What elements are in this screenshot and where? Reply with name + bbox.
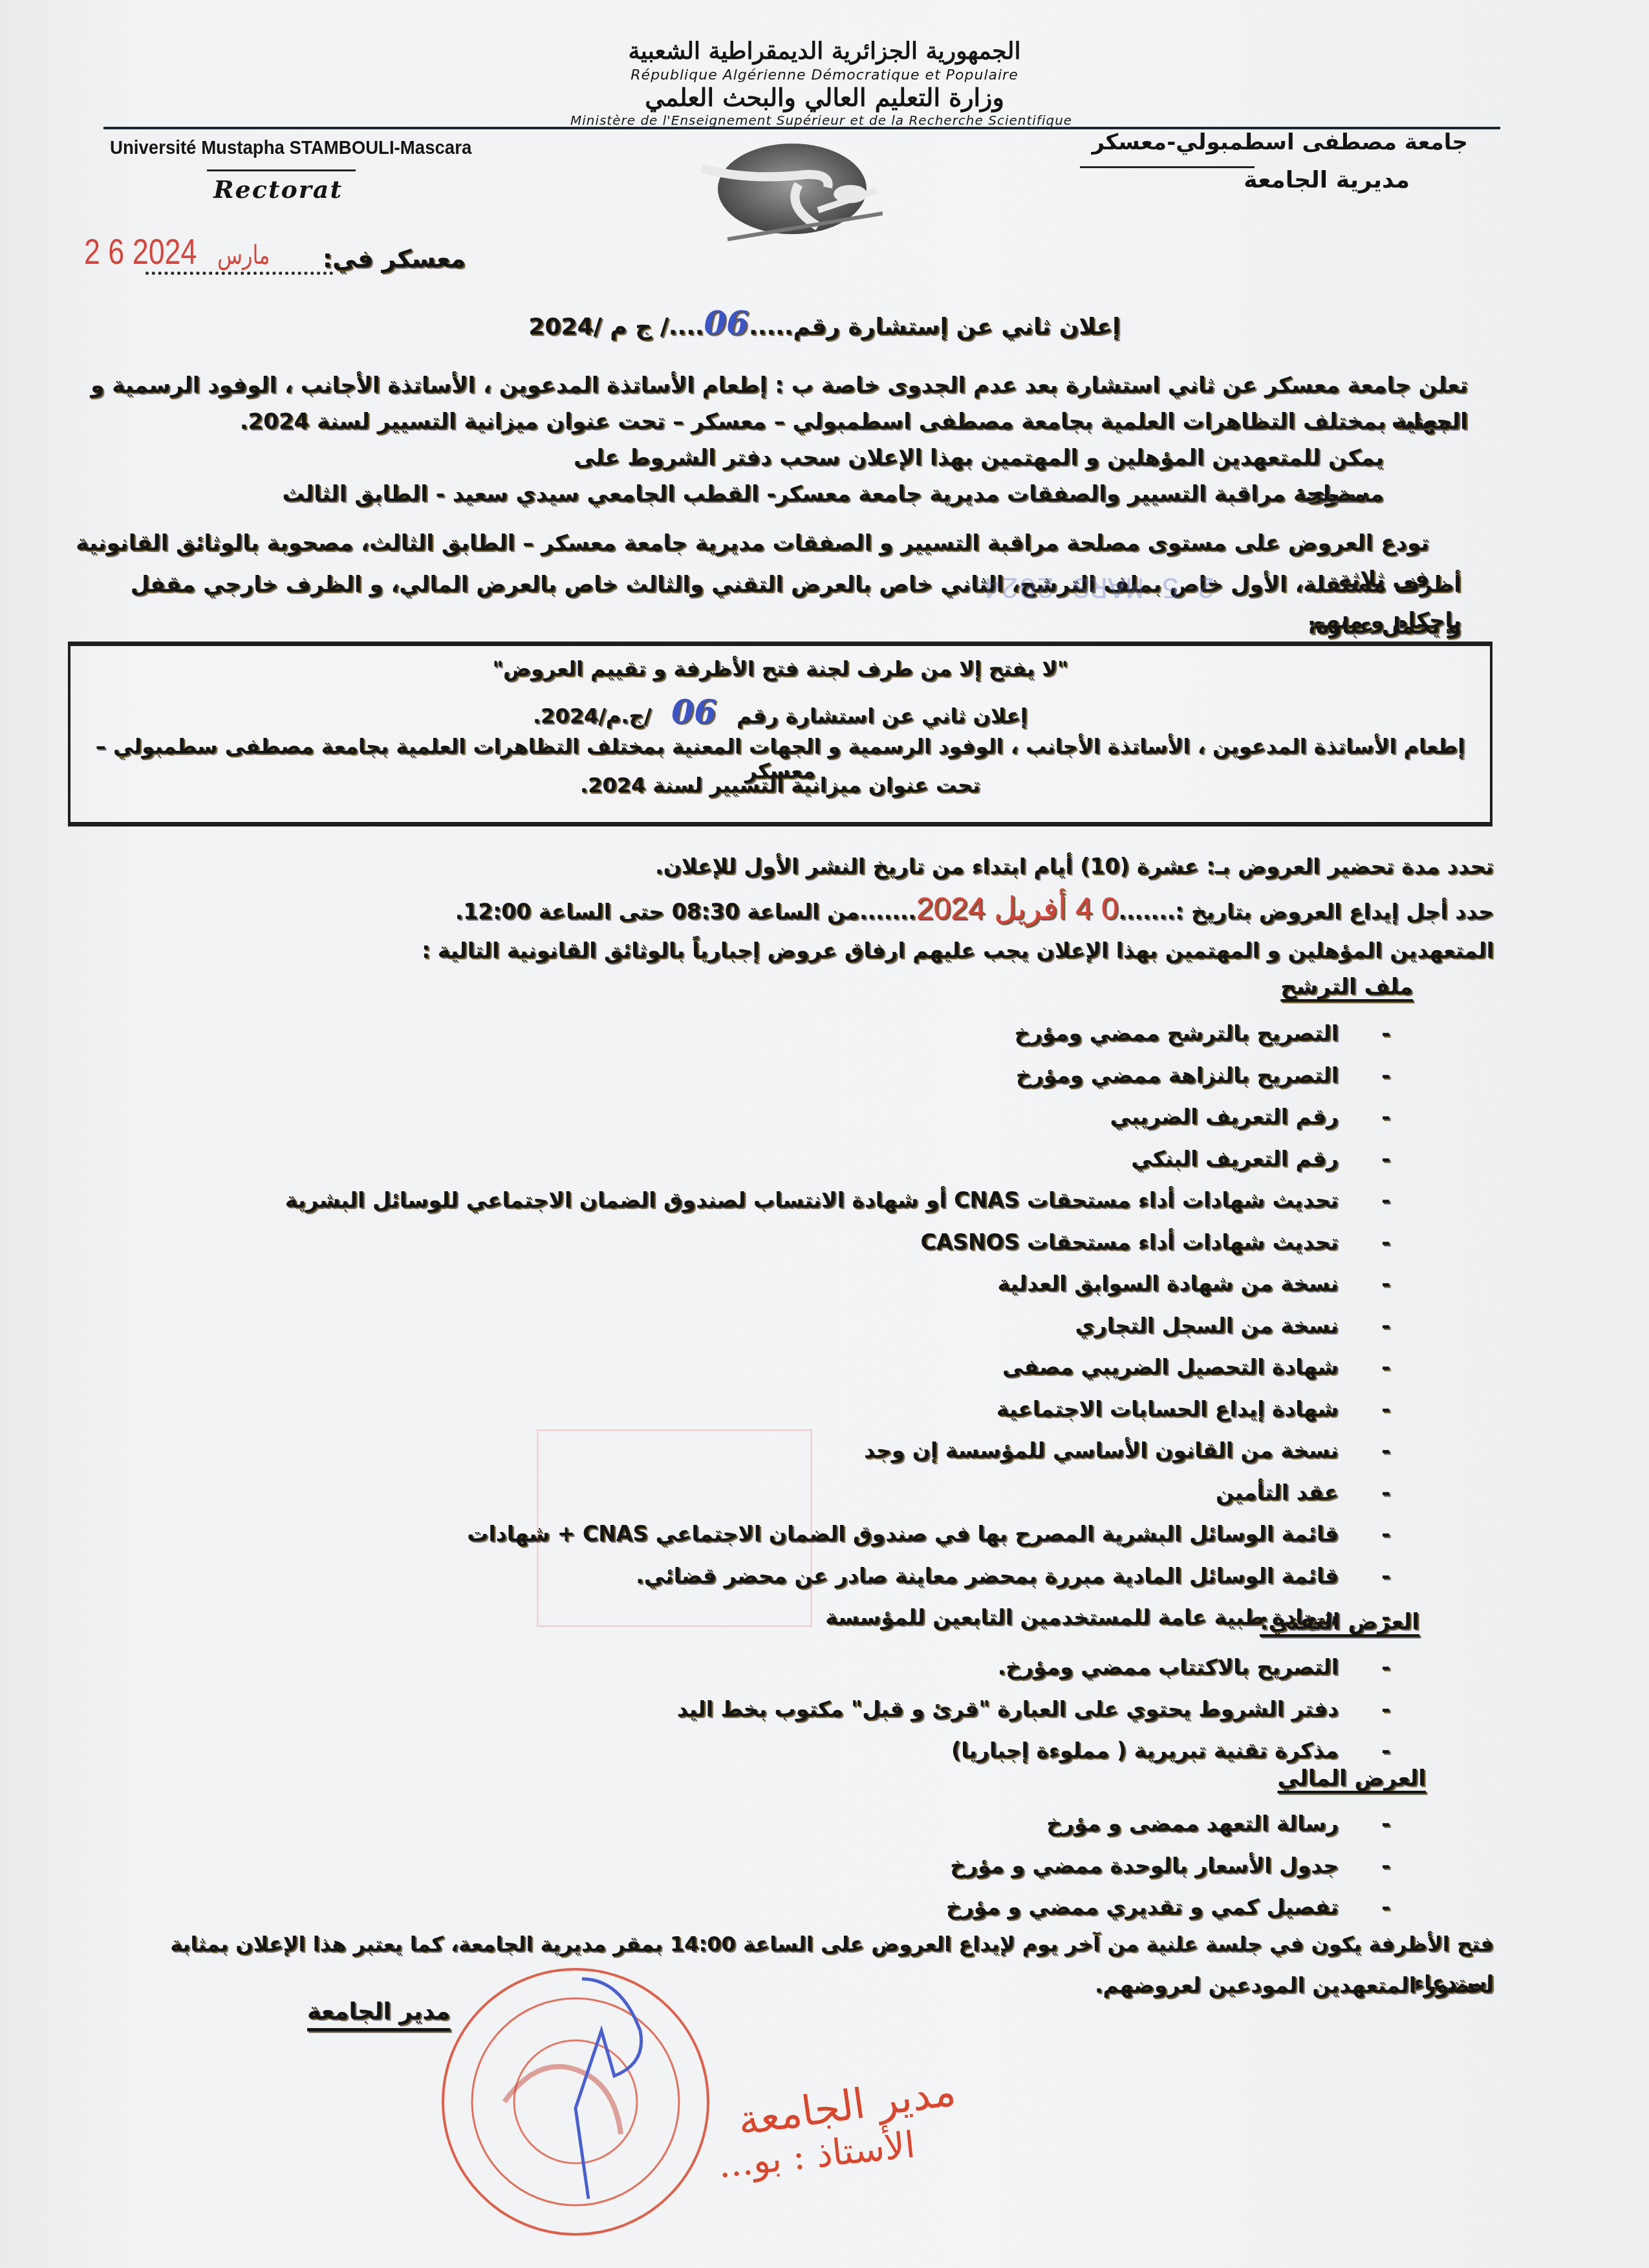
deposit-deadline-prefix: حدد أجل إيداع العروض بتاريخ :.......	[1118, 899, 1494, 924]
list-item: رقم التعريف الضريبي	[285, 1097, 1390, 1139]
envelope-box-suffix: /ج.م/2024.	[533, 704, 651, 728]
list-item: جدول الأسعار بالوحدة ممضي و مؤرخ	[946, 1846, 1390, 1888]
ministry-title-fr: Ministère de l'Enseignement Supérieur et…	[336, 113, 1306, 128]
title-prefix: إعلان ثاني عن إستشارة رقم.....	[749, 314, 1121, 340]
candidacy-file-list: التصريح بالترشح ممضي ومؤرخ التصريح بالنز…	[285, 1014, 1390, 1640]
deposit-deadline-suffix: .......من الساعة 08:30 حتى الساعة 12:00.	[455, 899, 916, 924]
republic-title-ar: الجمهورية الجزائرية الديمقراطية الشعبية	[388, 38, 1261, 65]
university-logo-icon	[689, 136, 883, 246]
document-page: الجمهورية الجزائرية الديمقراطية الشعبية …	[0, 0, 1649, 2268]
faint-red-stamp-box	[537, 1429, 812, 1627]
list-item: دفتر الشروط يحتوي على العبارة "قرئ و قبل…	[677, 1690, 1390, 1732]
list-item: رسالة التعهد ممضى و مؤرخ	[946, 1804, 1390, 1846]
title-number-handwritten: 06	[704, 304, 749, 342]
intro-line-2: المعنية بمختلف التظاهرات العلمية بجامعة …	[207, 404, 1468, 440]
date-stamp-year: 2024	[133, 231, 197, 272]
list-item: تحديث شهادات أداء مستحقات CNAS أو شهادة …	[285, 1181, 1390, 1223]
financial-offer-heading: العرض المالي	[1278, 1766, 1426, 1791]
list-item: التصريح بالاكتتاب ممضي ومؤرخ.	[677, 1648, 1390, 1690]
obligation-line: المتعهدين المؤهلين و المهتمين بهذا الإعل…	[422, 931, 1494, 970]
list-item: التصريح بالنزاهة ممضي ومؤرخ	[285, 1056, 1390, 1098]
list-item: التصريح بالترشح ممضي ومؤرخ	[285, 1014, 1390, 1056]
candidacy-file-heading: ملف الترشح	[1280, 974, 1413, 1000]
technical-offer-heading: العرض التقني:	[1260, 1609, 1419, 1635]
deposit-deadline-line: حدد أجل إيداع العروض بتاريخ :.......0 4 …	[455, 890, 1494, 931]
university-name-fr: Université Mustapha STAMBOULI-Mascara	[110, 137, 471, 159]
university-fr-divider	[207, 169, 356, 171]
list-item: رقم التعريف البنكي	[285, 1139, 1390, 1182]
list-item: تحديث شهادات أداء مستحقات CASNOS	[285, 1223, 1390, 1265]
list-item: قائمة الوسائل البشرية المصرح بها في صندو…	[285, 1515, 1390, 1557]
list-item: شهادة طبية عامة للمستخدمين التابعين للمؤ…	[285, 1598, 1390, 1640]
received-stamp: 2 5 MARS 2024	[983, 569, 1215, 603]
deposit-date-stamp: 0 4 أفريل 2024	[916, 892, 1119, 926]
university-name-ar: جامعة مصطفى اسطمبولي-معسكر	[1092, 129, 1468, 155]
directorate-label-ar: مديرية الجامعة	[1244, 167, 1410, 193]
official-seal-icon	[407, 1940, 744, 2251]
closing-line-2: لحضور المتعهدين المودعين لعروضهم.	[1095, 1966, 1494, 2005]
list-item: نسخة من شهادة السوابق العدلية	[285, 1264, 1390, 1306]
deposit-line-3: و يحمل عبارة:	[71, 608, 1461, 644]
date-stamp-month: مارس	[217, 241, 270, 270]
envelope-label-box: "لا يفتح إلا من طرف لجنة فتح الأظرفة و ت…	[68, 642, 1493, 826]
list-item: نسخة من القانون الأساسي للمؤسسة إن وجد	[285, 1431, 1390, 1473]
date-stamp-day: 2 6	[84, 231, 124, 272]
list-item: نسخة من السجل التجاري	[285, 1306, 1390, 1348]
prep-period-line: تحدد مدة تحضير العروض بـ: عشرة (10) أيام…	[655, 847, 1494, 886]
list-item: قائمة الوسائل المادية مبررة بمحضر معاينة…	[285, 1557, 1390, 1599]
list-item: شهادة إيداع الحسابات الاجتماعية	[285, 1390, 1390, 1432]
republic-title-fr: République Algérienne Démocratique et Po…	[388, 67, 1261, 83]
location-line: مصلحة مراقبة التسيير والصفقات مديرية جام…	[0, 476, 1649, 512]
technical-offer-list: التصريح بالاكتتاب ممضي ومؤرخ. دفتر الشرو…	[677, 1648, 1390, 1773]
date-stamp: 2 6 مارس 2024	[84, 230, 283, 272]
envelope-box-line-4: تحت عنوان ميزانية التسيير لسنة 2024.	[70, 773, 1490, 797]
envelope-box-number-handwritten: 06	[671, 693, 717, 731]
list-item: تفصيل كمي و تقديري ممضي و مؤرخ	[946, 1888, 1390, 1930]
envelope-box-line-1: "لا يفتح إلا من طرف لجنة فتح الأظرفة و ت…	[70, 656, 1490, 681]
list-item: عقد التأمين	[285, 1473, 1390, 1515]
date-label: معسكر في:	[323, 244, 466, 273]
title-suffix: ..../ ج م /2024	[528, 314, 704, 340]
financial-offer-list: رسالة التعهد ممضى و مؤرخ جدول الأسعار با…	[946, 1804, 1390, 1930]
list-item: شهادة التحصيل الضريبي مصفى	[285, 1348, 1390, 1390]
signature-title: مدير الجامعة	[307, 1998, 450, 2025]
university-ar-divider	[1080, 166, 1255, 168]
ministry-title-ar: وزارة التعليم العالي والبحث العلمي	[388, 83, 1261, 112]
envelope-box-line-2: إعلان ثاني عن استشارة رقم 06 /ج.م/2024.	[70, 693, 1490, 731]
rectorat-label: Rectorat	[213, 175, 343, 204]
announcement-title: إعلان ثاني عن إستشارة رقم.....06..../ ج …	[0, 304, 1649, 342]
envelope-box-prefix: إعلان ثاني عن استشارة رقم	[737, 704, 1028, 728]
